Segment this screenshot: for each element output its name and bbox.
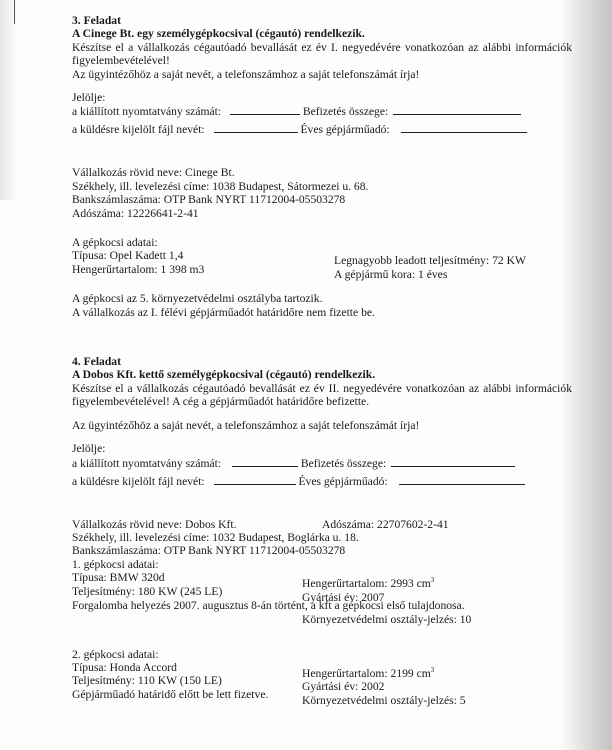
car-heading: A gépkocsi adatai: [72,236,572,249]
payment-amount-label: Befizetés összege: [301,457,386,470]
company-tax-number: Adószáma: 22707602-2-41 [322,518,449,531]
company-tax-number: Adószáma: 12226641-2-41 [72,207,572,220]
task-4-mark-label: Jelölje: [72,442,572,455]
car-1-power: Teljesítmény: 180 KW (245 LE) [72,585,222,598]
task-4-instruction: Készítse el a vállalkozás cégautóadó bev… [72,382,572,409]
task-4: 4. Feladat A Dobos Kft. kettő személygép… [72,355,572,701]
annual-tax-field[interactable] [399,474,525,485]
car-2-tax-note: Gépjárműadó határidő előtt be lett fizet… [72,688,268,701]
file-name-field[interactable] [214,474,296,485]
task-3: 3. Feladat A Cinege Bt. egy személygépko… [72,14,572,319]
form-number-label: a kiállított nyomtatvány számát: [72,105,221,118]
car-displacement: Hengerűrtartalom: 1 398 m3 [72,263,204,276]
company-bank-account: Bankszámlaszáma: OTP Bank NYRT 11712004-… [72,544,572,557]
car-age: A gépjármű kora: 1 éves [334,268,447,281]
file-name-field[interactable] [214,122,298,133]
payment-amount-field[interactable] [391,456,515,467]
task-4-number: 4. Feladat [72,355,572,368]
car-1-env-class: Környezetvédelmi osztály-jelzés: 10 [302,613,471,626]
car-1-type: Típusa: BMW 320d [72,571,165,584]
task-3-note-tax-unpaid: A vállalkozás az I. félévi gépjárműadót … [72,306,572,319]
annual-tax-label: Éves gépjárműadó: [298,475,387,488]
form-number-label: a kiállított nyomtatvány számát: [72,457,221,470]
payment-amount-field[interactable] [393,104,521,115]
form-number-field[interactable] [230,104,300,115]
payment-amount-label: Befizetés összege: [303,105,388,118]
car-1-heading: 1. gépkocsi adatai: [72,558,572,571]
company-short-name: Vállalkozás rövid neve: Cinege Bt. [72,166,572,179]
file-name-label: a küldésre kijelölt fájl nevét: [72,475,205,488]
company-address: Székhely, ill. levelezési címe: 1038 Bud… [72,180,572,193]
scan-artifact-line [14,0,15,24]
form-number-field[interactable] [232,456,298,467]
task-3-note-env-class: A gépkocsi az 5. környezetvédelmi osztál… [72,292,572,305]
task-3-headline: A Cinege Bt. egy személygépkocsival (cég… [72,27,572,40]
task-3-number: 3. Feladat [72,14,572,27]
car-1-year: Gyártási év: 2007 [302,591,384,604]
task-3-mark-label: Jelölje: [72,91,572,104]
scan-edge-left [0,0,18,200]
task-3-instruction-contact: Az ügyintézőhöz a saját nevét, a telefon… [72,68,572,81]
car-2-heading: 2. gépkocsi adatai: [72,648,572,661]
annual-tax-label: Éves gépjárműadó: [300,123,389,136]
car-type: Típusa: Opel Kadett 1,4 [72,249,183,262]
company-bank-account: Bankszámlaszáma: OTP Bank NYRT 11712004-… [72,193,572,206]
task-3-instruction: Készítse el a vállalkozás cégautóadó bev… [72,41,572,68]
car-2-type: Típusa: Honda Accord [72,661,177,674]
file-name-label: a küldésre kijelölt fájl nevét: [72,123,205,136]
car-2-env-class: Környezetvédelmi osztály-jelzés: 5 [302,694,466,707]
task-4-headline: A Dobos Kft. kettő személygépkocsival (c… [72,368,572,381]
car-2-power: Teljesítmény: 110 KW (150 LE) [72,674,222,687]
task-4-instruction-contact: Az ügyintézőhöz a saját nevét, a telefon… [72,419,572,432]
company-short-name: Vállalkozás rövid neve: Dobos Kft. [72,518,237,531]
annual-tax-field[interactable] [401,122,527,133]
company-address: Székhely, ill. levelezési címe: 1032 Bud… [72,531,572,544]
document-page: 3. Feladat A Cinege Bt. egy személygépko… [72,14,572,701]
